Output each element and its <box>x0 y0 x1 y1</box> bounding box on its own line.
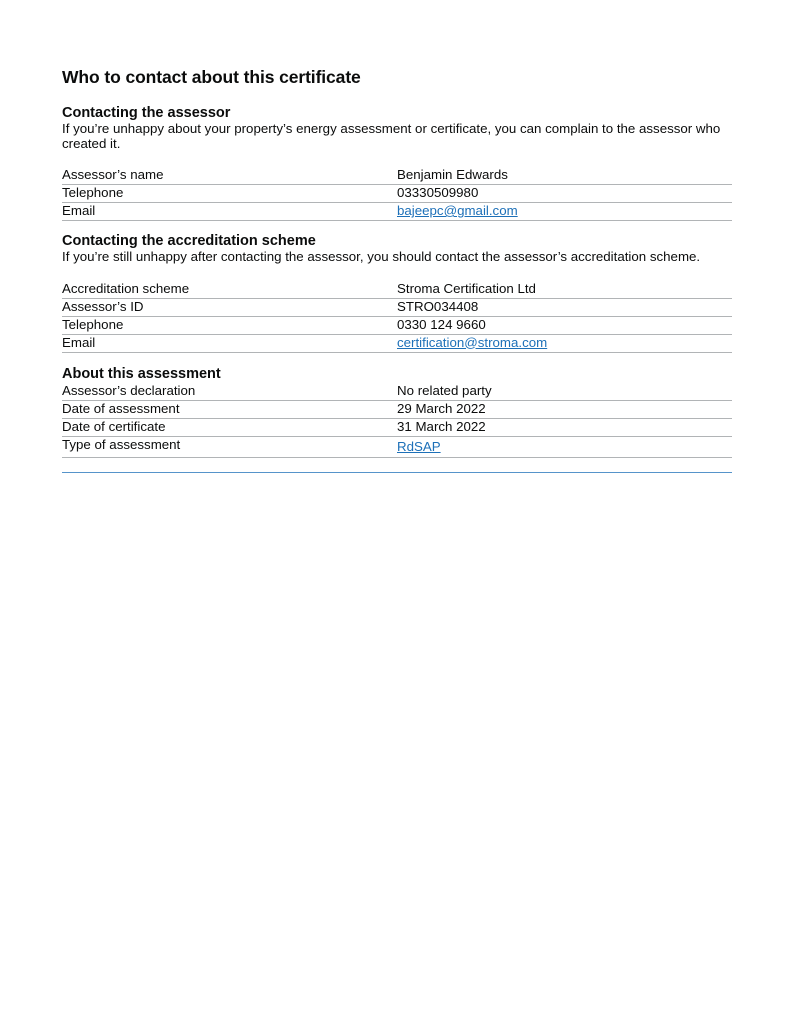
table-row: Assessor’s name Benjamin Edwards <box>62 167 732 185</box>
table-row: Assessor’s declaration No related party <box>62 383 732 401</box>
assessment-details-table: Assessor’s declaration No related party … <box>62 383 732 458</box>
assessor-email-cell: bajeepc@gmail.com <box>397 203 732 221</box>
scheme-email-link[interactable]: certification@stroma.com <box>397 335 547 350</box>
scheme-contact-table: Accreditation scheme Stroma Certificatio… <box>62 281 732 353</box>
assessor-name-value: Benjamin Edwards <box>397 167 732 185</box>
assessor-id-value: STRO034408 <box>397 298 732 316</box>
table-row: Accreditation scheme Stroma Certificatio… <box>62 281 732 299</box>
type-of-assessment-link[interactable]: RdSAP <box>397 439 441 455</box>
assessor-declaration-label: Assessor’s declaration <box>62 383 397 401</box>
assessor-telephone-value: 03330509980 <box>397 185 732 203</box>
assessor-contact-table: Assessor’s name Benjamin Edwards Telepho… <box>62 167 732 221</box>
scheme-telephone-value: 0330 124 9660 <box>397 316 732 334</box>
assessor-id-label: Assessor’s ID <box>62 298 397 316</box>
table-row: Date of assessment 29 March 2022 <box>62 400 732 418</box>
table-row: Assessor’s ID STRO034408 <box>62 298 732 316</box>
assessor-name-label: Assessor’s name <box>62 167 397 185</box>
date-of-certificate-label: Date of certificate <box>62 418 397 436</box>
table-row: Email certification@stroma.com <box>62 334 732 352</box>
scheme-email-label: Email <box>62 334 397 352</box>
assessor-section-intro: If you’re unhappy about your property’s … <box>62 122 732 151</box>
scheme-section-title: Contacting the accreditation scheme <box>62 233 732 250</box>
table-row: Type of assessment RdSAP <box>62 436 732 457</box>
scheme-telephone-label: Telephone <box>62 316 397 334</box>
assessor-declaration-value: No related party <box>397 383 732 401</box>
certificate-contact-page: Who to contact about this certificate Co… <box>62 66 732 473</box>
date-of-certificate-value: 31 March 2022 <box>397 418 732 436</box>
page-title: Who to contact about this certificate <box>62 66 732 88</box>
footer-divider <box>62 472 732 473</box>
table-row: Date of certificate 31 March 2022 <box>62 418 732 436</box>
accreditation-scheme-label: Accreditation scheme <box>62 281 397 299</box>
accreditation-scheme-value: Stroma Certification Ltd <box>397 281 732 299</box>
scheme-email-cell: certification@stroma.com <box>397 334 732 352</box>
table-row: Email bajeepc@gmail.com <box>62 203 732 221</box>
date-of-assessment-value: 29 March 2022 <box>397 400 732 418</box>
assessor-telephone-label: Telephone <box>62 185 397 203</box>
type-of-assessment-label: Type of assessment <box>62 436 397 457</box>
table-row: Telephone 03330509980 <box>62 185 732 203</box>
assessor-section-title: Contacting the assessor <box>62 105 732 122</box>
assessor-email-link[interactable]: bajeepc@gmail.com <box>397 203 518 218</box>
date-of-assessment-label: Date of assessment <box>62 400 397 418</box>
table-row: Telephone 0330 124 9660 <box>62 316 732 334</box>
assessment-section-title: About this assessment <box>62 366 732 383</box>
assessor-email-label: Email <box>62 203 397 221</box>
type-of-assessment-cell: RdSAP <box>397 436 732 457</box>
scheme-section-intro: If you’re still unhappy after contacting… <box>62 250 732 265</box>
